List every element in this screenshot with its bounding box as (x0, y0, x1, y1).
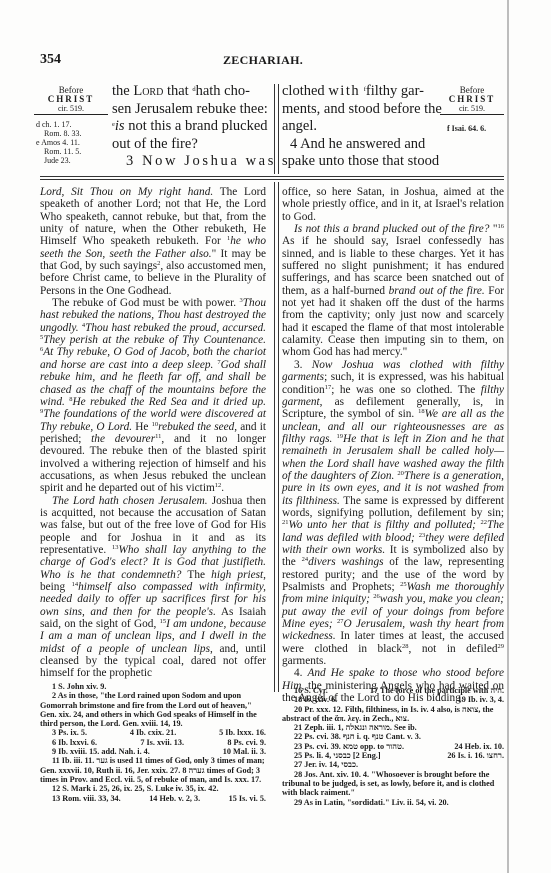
footnote: 15 Is. vi. 5. (229, 794, 266, 803)
footnote-row: 16 S. Cyr. 17 The force of the participl… (282, 686, 504, 695)
bc-date: cir. 519. (440, 104, 504, 115)
scripture-left: the Lord that dhath cho- sen Jerusalem r… (112, 83, 276, 171)
page-header: 354 ZECHARIAH. (0, 52, 551, 72)
margin-ref: Jude 23. (36, 156, 82, 165)
footnotes-right: 16 S. Cyr. 17 The force of the participl… (282, 686, 504, 807)
footnote: 19 Ib. iv. 3, 4. (458, 695, 504, 704)
verse-line: eis not this a brand plucked (112, 118, 276, 136)
verse-line: angel. (282, 118, 442, 136)
footnote: 23 Ps. cvi. 39. טמא opp. to טהור. (294, 742, 404, 751)
footnote-row: 9 Ib. xviii. 15. add. Nah. i. 4. 10 Mal.… (40, 747, 266, 756)
footnote-row: 13 Rom. viii. 33, 34. 14 Heb. v. 2, 3. 1… (40, 794, 266, 803)
before-christ-right: Before CHRIST cir. 519. (440, 86, 504, 115)
margin-ref: d ch. 1. 17. (36, 120, 82, 129)
bc-christ: CHRIST (34, 95, 108, 104)
footnote-row: 18 Is. lxiv. 6. 19 Ib. iv. 3, 4. (282, 695, 504, 704)
verse-line: 3 Now Joshua was (112, 153, 276, 171)
verse-line: the Lord that dhath cho- (112, 83, 276, 101)
footnote-row: 25 Ps. li. 4, כבסני [2 Eng.] 26 Is. i. 1… (282, 751, 504, 760)
running-head: ZECHARIAH. (223, 53, 303, 68)
footnote: 5 Ib. lxxx. 16. (219, 728, 266, 737)
verse-line: spake unto those that stood (282, 153, 442, 171)
footnote: 9 Ib. xviii. 15. add. Nah. i. 4. (52, 747, 150, 756)
before-christ-left: Before CHRIST cir. 519. (34, 86, 108, 115)
footnote: 18 Is. lxiv. 6. (294, 695, 337, 704)
footnote: 14 Heb. v. 2, 3. (149, 794, 200, 803)
verse-line: 4 And he answered and (282, 136, 442, 154)
footnote: 8 Ps. cvi. 9. (227, 738, 266, 747)
footnote: 7 Is. xvii. 13. (140, 738, 184, 747)
commentary-left: Lord, Sit Thou on My right hand. The Lor… (40, 186, 266, 680)
footnote: 22 Ps. cvi. 38. חנף i. q. טנף Cant. v. 3… (282, 732, 504, 741)
commentary-right: office, so here Satan, in Joshua, aimed … (282, 186, 504, 704)
footnote: 24 Heb. ix. 10. (454, 742, 504, 751)
column-divider (274, 182, 279, 692)
footnote: 3 Ps. ix. 5. (52, 728, 87, 737)
page-number: 354 (40, 52, 61, 68)
footnote-row: 3 Ps. ix. 5. 4 Ib. cxix. 21. 5 Ib. lxxx.… (40, 728, 266, 737)
footnote: 11 Ib. iii. 11. גער is used 11 times of … (40, 756, 266, 784)
scripture-right: clothed with ffilthy gar- ments, and sto… (282, 83, 442, 171)
footnote: 4 Ib. cxix. 21. (130, 728, 176, 737)
verse-line: sen Jerusalem rebuke thee: (112, 101, 276, 119)
margin-references-left: d ch. 1. 17.Rom. 8. 33.e Amos 4. 11.Rom.… (36, 120, 82, 165)
footnote-row: 6 Ib. lxxvi. 6. 7 Is. xvii. 13. 8 Ps. cv… (40, 738, 266, 747)
margin-ref-right: f Isai. 64. 6. (447, 124, 486, 133)
footnote: 17 The force of the participle with היה. (370, 686, 504, 695)
column-divider-top (274, 84, 279, 174)
footnote: 20 Pr. xxx. 12. Filth, filthiness, in Is… (282, 705, 504, 724)
verse-line: ments, and stood before the (282, 101, 442, 119)
footnote: 16 S. Cyr. (294, 686, 328, 695)
margin-ref: Rom. 11. 5. (36, 147, 82, 156)
verse-line: clothed with ffilthy gar- (282, 83, 442, 101)
footnote: 2 As in those, "the Lord rained upon Sod… (40, 691, 266, 728)
margin-ref: Rom. 8. 33. (36, 129, 82, 138)
horizontal-rule (40, 176, 504, 180)
footnote: 25 Ps. li. 4, כבסני [2 Eng.] (294, 751, 381, 760)
footnote: 13 Rom. viii. 33, 34. (52, 794, 121, 803)
footnote: 26 Is. i. 16. רחצו. (447, 751, 504, 760)
verse-line: out of the fire? (112, 136, 276, 154)
page-edge (507, 0, 509, 873)
footnote: 27 Jer. iv. 14, כבסי. (282, 760, 504, 769)
margin-ref: e Amos 4. 11. (36, 138, 82, 147)
footnote: 1 S. John xiv. 9. (40, 682, 266, 691)
footnotes-left: 1 S. John xiv. 9. 2 As in those, "the Lo… (40, 682, 266, 803)
footnote: 29 As in Latin, "sordidati." Liv. ii. 54… (282, 798, 504, 807)
footnote: 28 Jos. Ant. xiv. 10. 4. "Whosoever is b… (282, 770, 504, 798)
footnote: 10 Mal. ii. 3. (223, 747, 266, 756)
footnote: 21 Zeph. iii. 1, מוראה ונגאלה. See ib. (282, 723, 504, 732)
footnote: 6 Ib. lxxvi. 6. (52, 738, 97, 747)
bc-date: cir. 519. (34, 104, 108, 115)
footnote-row: 23 Ps. cvi. 39. טמא opp. to טהור. 24 Heb… (282, 742, 504, 751)
bc-christ: CHRIST (440, 95, 504, 104)
footnote: 12 S. Mark i. 25, 26, ix. 25, S. Luke iv… (40, 784, 266, 793)
